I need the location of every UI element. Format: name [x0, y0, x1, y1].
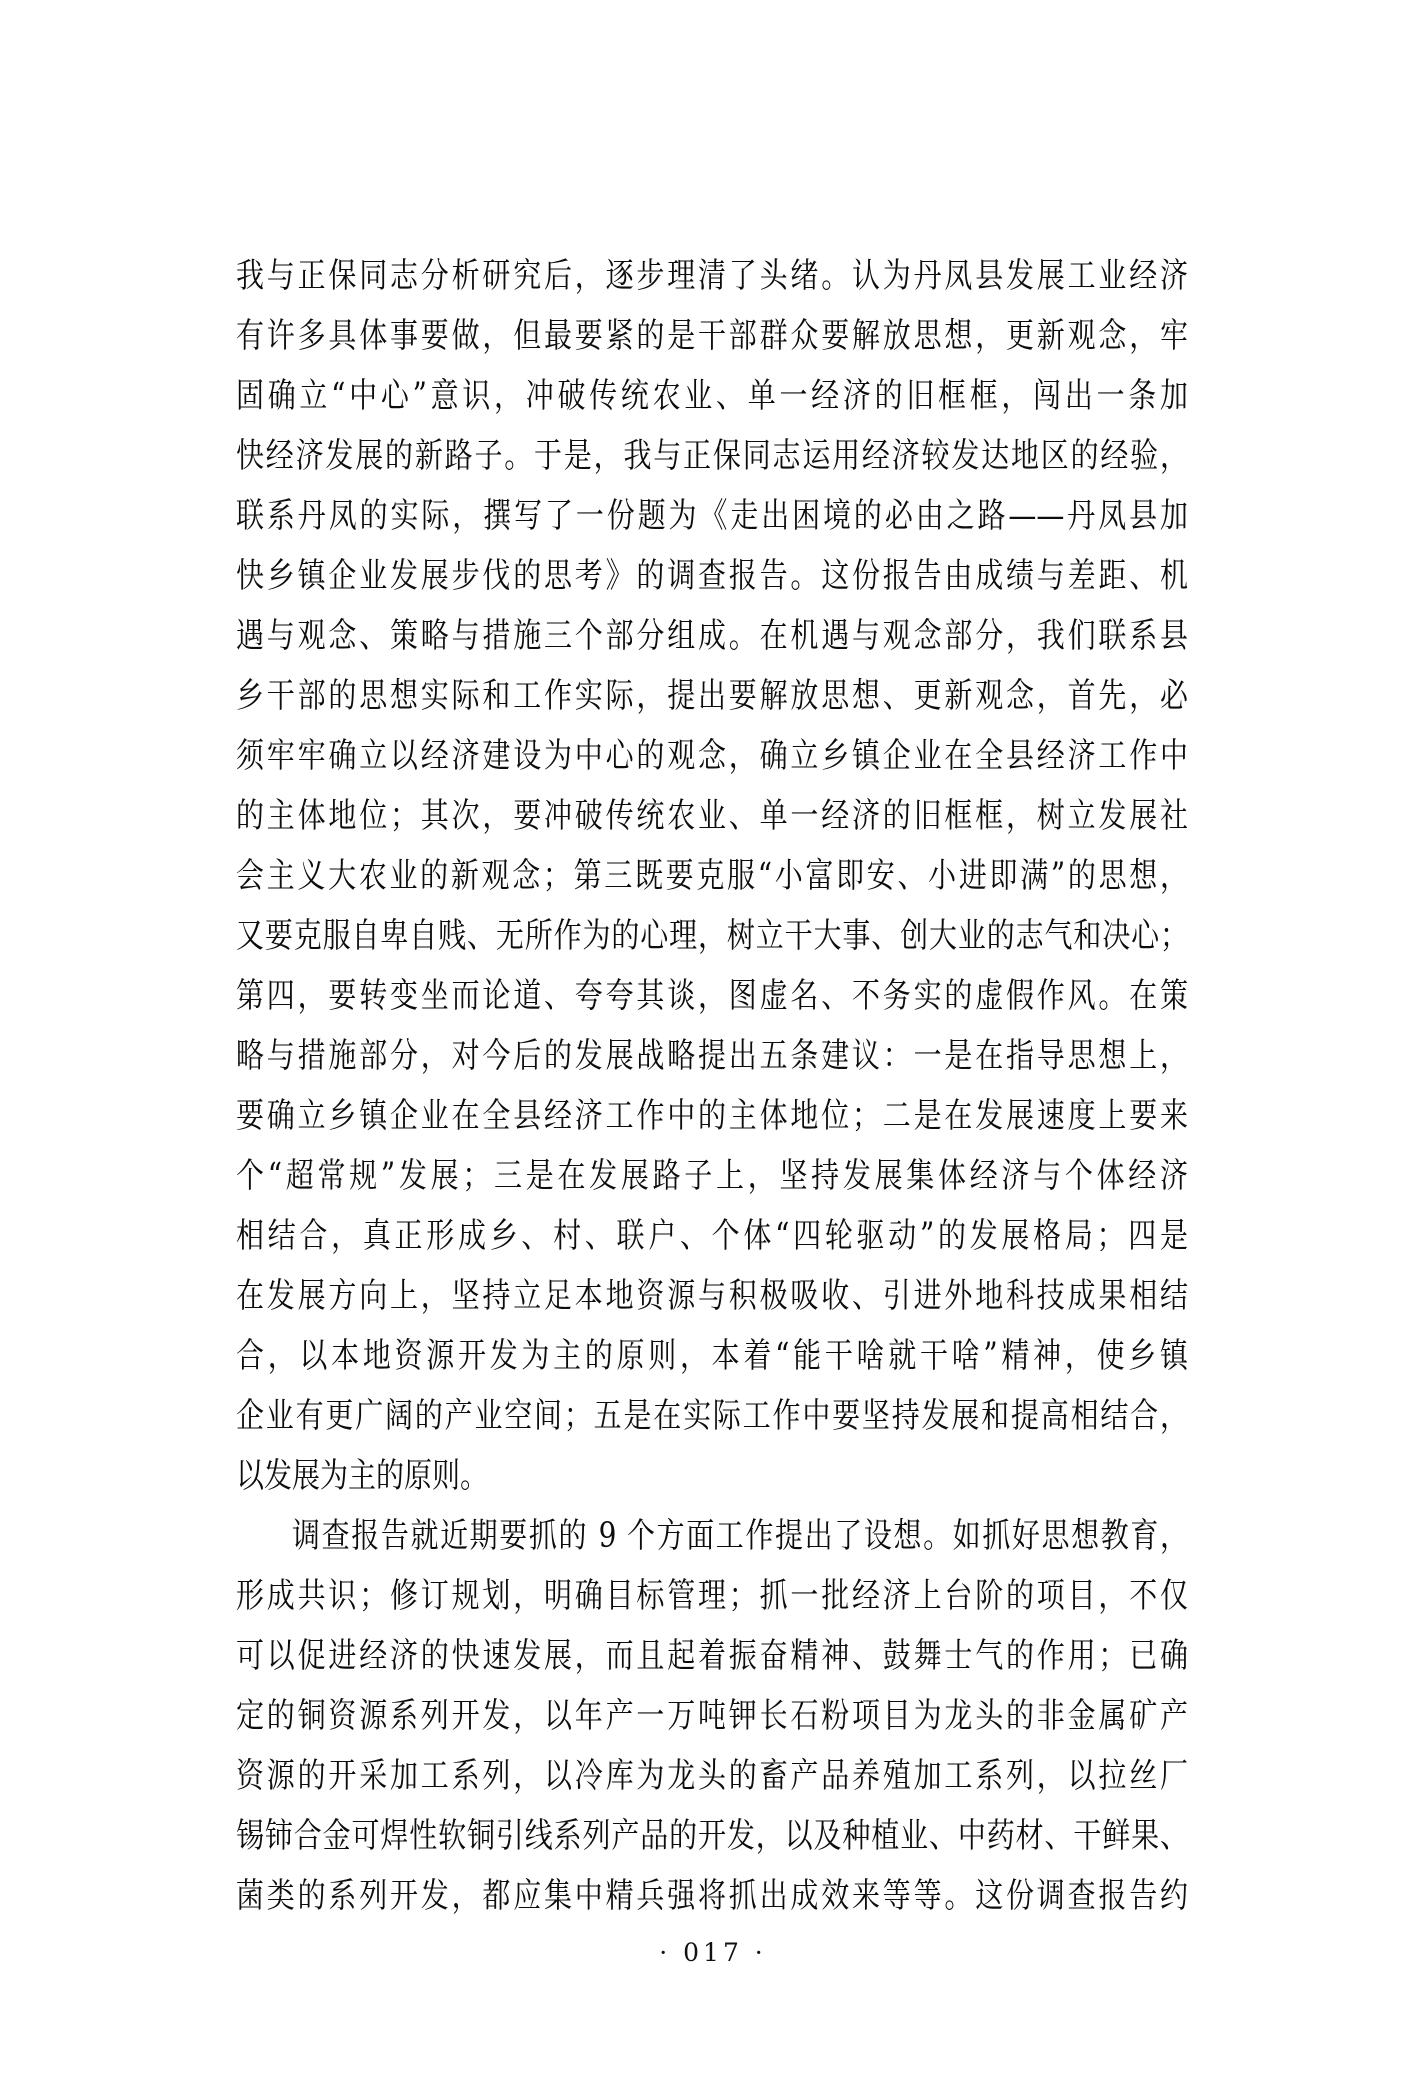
body-text: 我与正保同志分析研究后，逐步理清了头绪。认为丹凤县发展工业经济有许多具体事要做，… — [236, 246, 1188, 1926]
text-line: 菌类的系列开发，都应集中精兵强将抓出成效来等等。这份调查报告约 — [236, 1859, 1188, 1932]
document-page: 我与正保同志分析研究后，逐步理清了头绪。认为丹凤县发展工业经济有许多具体事要做，… — [0, 0, 1426, 2095]
page-number: · 017 · — [0, 1938, 1426, 1967]
